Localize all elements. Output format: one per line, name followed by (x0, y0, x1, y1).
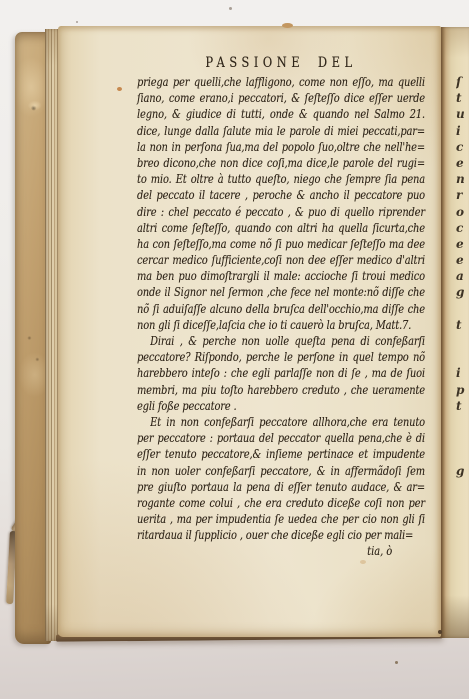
foxing-spot (117, 87, 122, 91)
text-line: rogante come colui , che era creduto dic… (137, 495, 425, 511)
dust-speck (395, 661, 398, 664)
text-fragment (456, 511, 469, 527)
dust-speck (76, 21, 78, 23)
body-lines: priega per quelli,che laffligono, come n… (137, 74, 425, 543)
text-line: per peccatore : portaua del peccator que… (137, 430, 425, 446)
text-line: pre giuſto portaua la pena di eſſer tenu… (137, 479, 425, 495)
text-line: egli foße peccatore . (137, 398, 425, 414)
text-fragment: g (456, 284, 469, 300)
text-line: ma ben puo dimoſtrargli il male: accioch… (137, 268, 425, 284)
text-line: la non in perſona ſua,ma del popolo ſuo,… (137, 139, 425, 155)
text-fragment (456, 495, 469, 511)
facing-page-text-fragments: ſtuicenroceeagtiptg (456, 74, 469, 594)
dust-speck (229, 7, 232, 10)
text-line: uerita , ma per impudentia ſe uedea che … (137, 511, 425, 527)
catchword: tia, ò (137, 543, 425, 559)
text-line: ritardaua il ſupplicio , ouer che diceße… (137, 527, 425, 543)
foxing-spot (438, 630, 442, 634)
text-fragment: ſ (456, 74, 469, 90)
text-fragment (456, 333, 469, 349)
text-line: cercar medico ſufficiente,coſi non dee e… (137, 252, 425, 268)
text-line: membri, ma piu toſto harebbero creduto ,… (137, 382, 425, 398)
text-line: Et in non confeßarſi peccatore allhora,c… (137, 414, 425, 430)
text-line: eſſer tenuto peccatore,& inſieme pertina… (137, 446, 425, 462)
text-line: dice, lunge dalla ſalute mia le parole d… (137, 123, 425, 139)
text-line: dire : chel peccato é peccato , & puo di… (137, 204, 425, 220)
text-line: to mio. Et oltre à tutto queſto, niego c… (137, 171, 425, 187)
text-fragment: c (456, 139, 469, 155)
text-fragment: g (456, 463, 469, 479)
text-fragment: n (456, 171, 469, 187)
text-line: Dirai , & perche non uolle queſta pena d… (137, 333, 425, 349)
text-line: legno, & giudice di tutti, onde & quando… (137, 106, 425, 122)
text-fragment (456, 446, 469, 462)
text-fragment: t (456, 317, 469, 333)
photo-of-open-book: ſtuicenroceeagtiptg PASSIONE DEL priega … (0, 0, 469, 699)
text-line: breo dicono,che non dice coſi,ma dice,le… (137, 155, 425, 171)
text-line: harebbero inteſo : che egli parlaſſe non… (137, 365, 425, 381)
text-fragment (456, 414, 469, 430)
text-fragment: t (456, 398, 469, 414)
text-fragment (456, 479, 469, 495)
text-line: ſiano, come erano,i peccatori, & ſeſteſſ… (137, 90, 425, 106)
facing-page-sliver: ſtuicenroceeagtiptg (441, 27, 469, 638)
text-fragment: u (456, 106, 469, 122)
text-fragment (456, 301, 469, 317)
page-text-block: PASSIONE DEL priega per quelli,che laffl… (137, 53, 425, 560)
text-line: non gli ſi diceſſe,laſcia che io ti caue… (137, 317, 425, 333)
text-fragment (456, 349, 469, 365)
foxing-spot (360, 560, 366, 564)
text-line: onde il Signor nel ſermon ,che fece nel … (137, 284, 425, 300)
text-fragment: r (456, 187, 469, 203)
text-fragment (456, 527, 469, 543)
text-fragment: c (456, 220, 469, 236)
text-fragment: i (456, 123, 469, 139)
text-fragment (456, 430, 469, 446)
text-fragment: t (456, 90, 469, 106)
text-line: in non uoler confeßarſi peccatore, & in … (137, 463, 425, 479)
text-fragment: p (456, 382, 469, 398)
text-line: altri come ſeſteſſo, quando con altri ha… (137, 220, 425, 236)
text-fragment: o (456, 204, 469, 220)
text-fragment: e (456, 236, 469, 252)
text-fragment: a (456, 268, 469, 284)
text-fragment (456, 543, 469, 559)
running-header: PASSIONE DEL (137, 53, 425, 74)
text-line: del peccato il tacere , peroche & ancho … (137, 187, 425, 203)
text-fragment: e (456, 155, 469, 171)
text-line: peccatore? Riſpondo, perche le perſone i… (137, 349, 425, 365)
text-fragment: e (456, 252, 469, 268)
text-line: priega per quelli,che laffligono, come n… (137, 74, 425, 90)
page-edge-chip (282, 23, 293, 28)
text-fragment: i (456, 365, 469, 381)
text-line: ha con ſeſteſſo,ma come nõ ſi puo medica… (137, 236, 425, 252)
text-line: nõ ſi aduiſaſſe alcuno della bruſca dell… (137, 301, 425, 317)
